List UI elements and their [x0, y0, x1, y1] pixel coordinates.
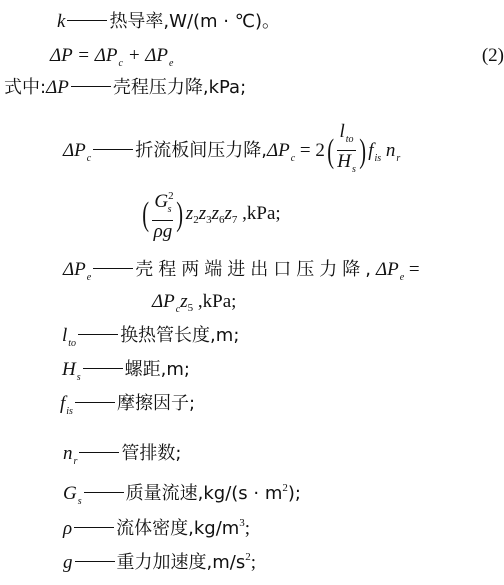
em-dash — [84, 492, 124, 493]
definition-g: g重力加速度,m/s2; — [63, 545, 256, 575]
where-prefix: 式中: — [4, 77, 46, 98]
em-dash — [78, 334, 118, 335]
definition-hs: Hs螺距,m; — [62, 358, 190, 390]
definition-k: k热导率,W/(m · ℃)。 — [57, 10, 280, 34]
em-dash — [71, 86, 111, 87]
definition-delta-pc-continued: (G2sρg)z2z3z6z7 ,kPa; — [140, 186, 281, 243]
definition-gs: Gs质量流速,kg/(s · m2); — [63, 476, 301, 514]
definition-text: 热导率,W/(m · ℃)。 — [109, 11, 280, 32]
fraction-lto-hs: ltoHs — [337, 122, 356, 181]
em-dash — [93, 268, 133, 269]
definition-text: 折流板间压力降, — [135, 140, 267, 161]
fraction-gs2-rhog: G2sρg — [152, 186, 173, 243]
symbol: k — [57, 11, 65, 32]
equation-number: (2) — [482, 44, 504, 68]
definition-text: 壳程两端进出口压力降, — [135, 259, 376, 280]
em-dash — [75, 402, 115, 403]
definition-delta-p: 式中:ΔP壳程压力降,kPa; — [4, 76, 246, 100]
em-dash — [74, 527, 114, 528]
definition-delta-pe: ΔPe壳程两端进出口压力降,ΔPe = — [63, 258, 420, 290]
em-dash — [93, 149, 133, 150]
definition-fis: fis摩擦因子; — [60, 392, 195, 424]
equation-2: ΔP = ΔPc + ΔPe (2) — [50, 44, 504, 76]
em-dash — [67, 20, 107, 21]
definition-rho: ρ流体密度,kg/m3; — [63, 511, 250, 541]
definition-delta-pe-continued: ΔPcz5 ,kPa; — [152, 290, 236, 322]
em-dash — [83, 368, 123, 369]
definition-text: 壳程压力降,kPa; — [113, 77, 246, 98]
equation-lhs: ΔP = ΔPc + ΔPe — [50, 45, 174, 66]
definition-delta-pc: ΔPc折流板间压力降,ΔPc = 2(ltoHs)fis nr — [63, 122, 400, 181]
em-dash — [75, 561, 115, 562]
symbol: ΔP — [46, 77, 69, 98]
definition-nr: nr管排数; — [63, 442, 181, 474]
em-dash — [79, 452, 119, 453]
definition-lto: lto换热管长度,m; — [62, 324, 239, 356]
